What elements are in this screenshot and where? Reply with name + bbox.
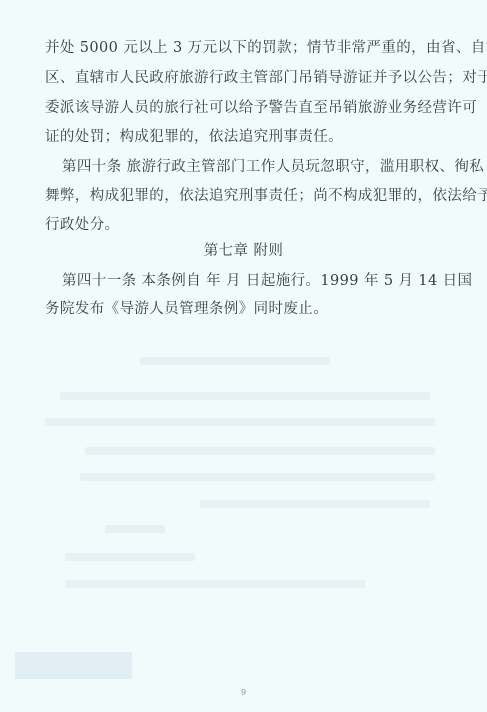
page-number: 9 — [0, 688, 487, 697]
article-40-line: 行政处分。 — [45, 215, 445, 235]
faded-stamp — [15, 652, 132, 679]
article-40-line: 舞弊，构成犯罪的，依法追究刑事责任；尚不构成犯罪的，依法给予 — [45, 186, 445, 206]
bleed-through-mark — [105, 525, 165, 533]
chapter-heading: 第七章 附则 — [0, 241, 487, 261]
document-page: 并处 5000 元以上 3 万元以下的罚款；情节非常严重的，由省、自治 区、直辖… — [0, 0, 487, 712]
bleed-through-mark — [140, 357, 330, 365]
bleed-through-mark — [200, 500, 430, 508]
bleed-through-mark — [45, 418, 435, 426]
article-41-line: 第四十一条 本条例自 年 月 日起施行。1999 年 5 月 14 日国 — [62, 271, 462, 291]
bleed-through-mark — [80, 473, 435, 481]
bleed-through-mark — [60, 392, 430, 400]
article-40-line: 第四十条 旅游行政主管部门工作人员玩忽职守，滥用职权、徇私 — [62, 157, 462, 177]
paragraph-line: 委派该导游人员的旅行社可以给予警告直至吊销旅游业务经营许可 — [45, 98, 445, 118]
article-41-line: 务院发布《导游人员管理条例》同时废止。 — [45, 299, 445, 319]
bleed-through-mark — [85, 447, 435, 455]
bleed-through-mark — [65, 553, 195, 561]
bleed-through-mark — [65, 580, 365, 588]
paragraph-line: 证的处罚；构成犯罪的，依法追究刑事责任。 — [45, 127, 445, 147]
paragraph-line: 区、直辖市人民政府旅游行政主管部门吊销导游证并予以公告；对于 — [45, 68, 445, 88]
paragraph-line: 并处 5000 元以上 3 万元以下的罚款；情节非常严重的，由省、自治 — [45, 38, 445, 58]
